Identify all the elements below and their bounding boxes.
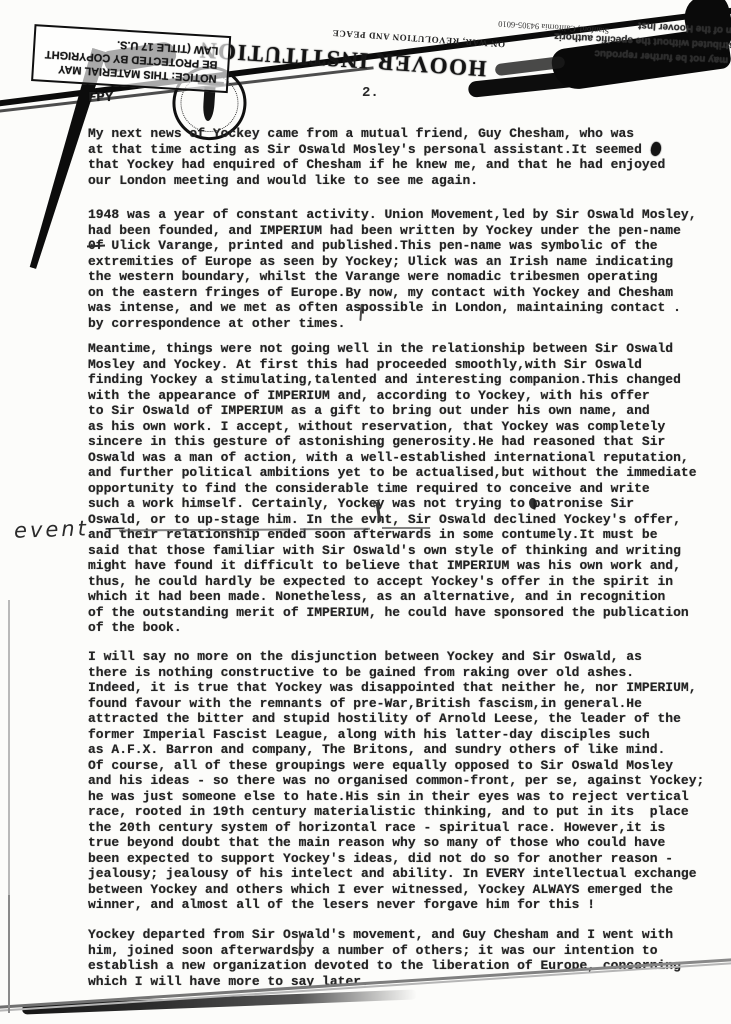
paragraph-4: I will say no more on the disjunction be… bbox=[88, 649, 716, 913]
copyright-notice-stamp: NOTICE: THIS MATERIAL MAY BE PROTECTED B… bbox=[0, 4, 240, 99]
paragraph-2: 1948 was a year of constant activity. Un… bbox=[88, 207, 716, 331]
scanned-document-page: HOOVER INSTITUTION ON WAR, REVOLUTION AN… bbox=[0, 0, 731, 1024]
reproduction-notice-stamp: ed may not be further reproduc distribut… bbox=[568, 0, 731, 73]
copyright-notice-box: NOTICE: THIS MATERIAL MAY BE PROTECTED B… bbox=[31, 24, 231, 93]
author-initials: FPY bbox=[88, 90, 113, 106]
page-number: 2. bbox=[362, 85, 379, 101]
pencil-underline bbox=[382, 527, 430, 529]
page-left-edge bbox=[8, 895, 10, 1013]
paragraph-1: My next news of Yockey came from a mutua… bbox=[88, 126, 716, 188]
page-left-edge bbox=[8, 600, 10, 900]
paragraph-3: Meantime, things were not going well in … bbox=[88, 341, 716, 636]
